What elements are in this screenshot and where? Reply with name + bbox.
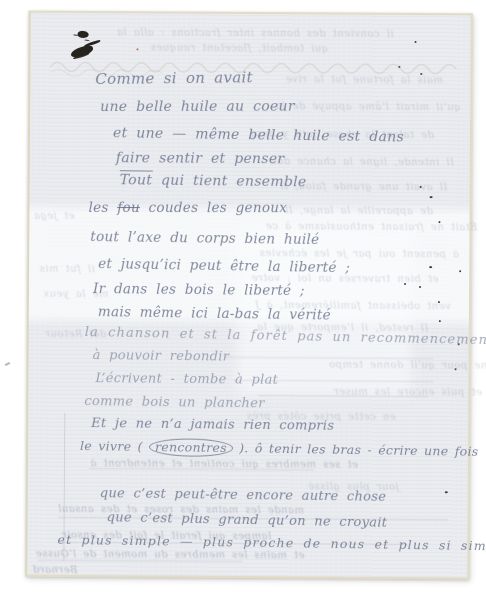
manuscript-line: L’écrivent - tombe à plat bbox=[95, 371, 278, 388]
manuscript-line-text: les bbox=[89, 200, 118, 216]
paper-speck bbox=[438, 301, 440, 303]
bleedthrough-line: qu’il mirait l’âme appuyé de la bbox=[275, 101, 461, 113]
paper-speck bbox=[404, 283, 406, 285]
paper-speck bbox=[415, 41, 417, 43]
manuscript-line: Et je ne n’a jamais rien compris bbox=[91, 416, 334, 434]
overlined-word: Tout bbox=[120, 170, 153, 188]
backing-mark bbox=[5, 362, 10, 366]
manuscript-line-text: ). ô tenir les bras - écrire une fois bbox=[233, 440, 479, 459]
paper-speck bbox=[430, 196, 433, 198]
bleedthrough-line: de appareille la lange, Il bbox=[284, 205, 432, 217]
manuscript-line: Tout qui tient ensemble bbox=[120, 172, 307, 190]
struck-word: fou bbox=[117, 200, 140, 216]
paper-speck bbox=[398, 66, 400, 68]
bleedthrough-rule bbox=[37, 560, 242, 562]
manuscript-line: faire sentir et penser bbox=[116, 150, 285, 167]
manuscript-line: les fou coudes les genoux bbox=[89, 200, 288, 216]
bleedthrough-line: Il intende, ligne la chance dou bbox=[270, 156, 454, 168]
paper-speck bbox=[459, 270, 461, 272]
manuscript-line-text: coudes les genoux bbox=[140, 200, 287, 216]
manuscript-line: une belle huile au coeur bbox=[100, 99, 295, 116]
bleedthrough-line: signe pour qu’il donne tempo bbox=[329, 359, 486, 371]
paper-speck-red bbox=[136, 48, 138, 50]
paper-speck bbox=[419, 286, 421, 288]
bleedthrough-line: il convient des bonnes inter fractions :… bbox=[117, 27, 394, 40]
bleedthrough-line: mais la fortune fut la rive bbox=[285, 74, 443, 86]
manuscript-line: que c’est peut-être encore autre chose bbox=[100, 486, 387, 505]
manuscript-line: que c’est plus grand qu’on ne croyait bbox=[106, 510, 387, 531]
paper-speck bbox=[458, 343, 460, 345]
manuscript-line: à pouvoir rebondir bbox=[93, 348, 230, 365]
paper-speck bbox=[455, 368, 457, 370]
manuscript-line: mais même ici la-bas la vérité bbox=[98, 304, 331, 323]
ink-blot-small bbox=[77, 30, 89, 39]
manuscript-line: et une — même belle huile est dans bbox=[113, 125, 404, 145]
manuscript-line: Ir dans les bois le liberté ; bbox=[93, 281, 305, 299]
bleedthrough-rule bbox=[89, 468, 314, 470]
manuscript-line: et jusqu’ici peut être la liberté ; bbox=[98, 256, 350, 276]
bleedthrough-line: qui tombait, flacetant rauques bbox=[150, 42, 328, 54]
manuscript-line: le vivre ( rencontres ). ô tenir les bra… bbox=[80, 438, 479, 459]
manuscript-line-text: le vivre ( bbox=[80, 438, 149, 454]
circled-word: rencontres bbox=[149, 438, 233, 457]
manuscript-scan-page: il convient des bonnes inter fractions :… bbox=[25, 11, 472, 580]
paper-speck bbox=[439, 320, 441, 322]
bleedthrough-line: Bernard bbox=[32, 565, 77, 576]
paper-speck bbox=[445, 491, 448, 493]
paper-speck bbox=[438, 221, 440, 223]
manuscript-line: tout l’axe du corps bien huilé bbox=[90, 229, 319, 248]
manuscript-line: Comme si on avait bbox=[95, 68, 253, 88]
scanned-manuscript-photo: { "manuscript": { "description": "Handwr… bbox=[0, 0, 486, 599]
paper-speck bbox=[420, 73, 422, 75]
manuscript-line-text: qui tient ensemble bbox=[152, 173, 306, 191]
bleedthrough-fragment: et jega bbox=[33, 211, 74, 222]
bleedthrough-fragment: il fut mis bbox=[39, 264, 95, 275]
paper-speck bbox=[420, 186, 422, 188]
paper-speck bbox=[429, 266, 432, 268]
manuscript-line: comme bois un plancher bbox=[84, 394, 265, 411]
